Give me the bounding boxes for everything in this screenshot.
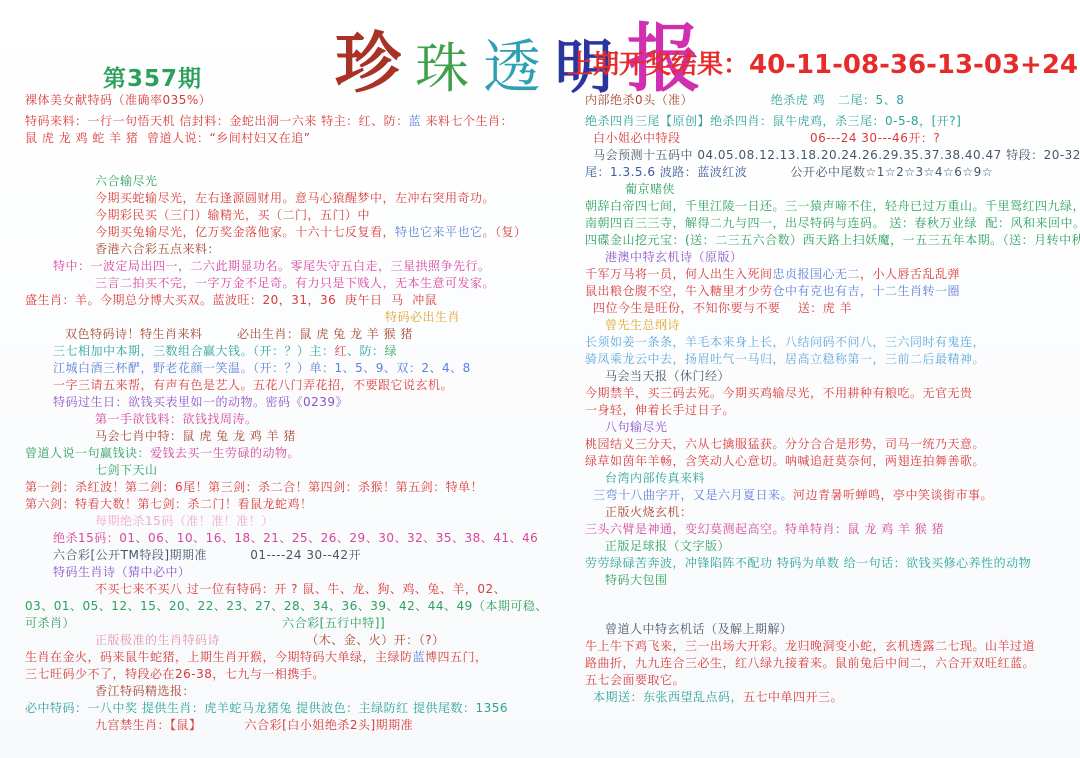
text-line: 每期绝杀15码（准！准！准！） <box>25 513 585 530</box>
text-line: 路曲折，九九连合三必生，红八绿九接着来。鼠前兔后中间二，六合开双旺红蓝。 <box>585 655 1080 672</box>
section-header: 台湾内部传真来料 <box>585 470 1080 487</box>
text-line: 四碟金山挖元宝：(送：二三五六合数）西天路上扫妖魔，一五三五年本期。（送：月转中… <box>585 232 1080 249</box>
section-header: 正版足球报（文字版） <box>585 538 1080 555</box>
section-header: 双色特码诗！特生肖来料 必出生肖：鼠 虎 兔 龙 羊 猴 猪 <box>25 326 585 343</box>
text-line: 绿草如茵年羊畅，含笑动人心意切。呐喊追赶莫奈何，两翅连拍舞善歌。 <box>585 453 1080 470</box>
text-line: 今期禁羊，买三码去死。今期买鸡输尽光，不用耕种有粮吃。无官无贵 <box>585 385 1080 402</box>
text-line: 江城白酒三杯酽，野老花颜一笑温。（开：？）单：1、5、9、双：2、4、8 <box>25 360 585 377</box>
text-line: 曾道人说一句赢钱诀：爱钱去买一生劳碌的动物。 <box>25 445 585 462</box>
section-header: 香江特码精选报： <box>25 683 585 700</box>
section-header: 正版火烧玄机： <box>585 504 1080 521</box>
section-header: 特码必出生肖 <box>25 309 585 326</box>
text-line: 03、01、05、12、15、20、22、23、27、28、34、36、39、4… <box>25 598 585 615</box>
text-line: 第六剑：特看大数！第七剑：杀二门！看鼠龙蛇鸡！ <box>25 496 585 513</box>
section-header: 六合输尽光 <box>25 173 585 190</box>
section-header: 曾先生总纲诗 <box>585 317 1080 334</box>
text-line: 必中特码：一八中奖 提供生肖：虎羊蛇马龙猪兔 提供波色：主绿防红 提供尾数：13… <box>25 700 585 717</box>
text-line: 鼠 虎 龙 鸡 蛇 羊 猪 曾道人说：“乡间村妇又在追” <box>25 130 585 147</box>
text-line: 马会七肖中特：鼠 虎 兔 龙 鸡 羊 猪 <box>25 428 585 445</box>
title-char: 透 <box>483 38 541 96</box>
section-header: 港澳中特玄机诗（原版） <box>585 249 1080 266</box>
text-line: 骑凤乘龙云中去，扬眉吐气一马归，居高立稳称第一，三前二后最精神。 <box>585 351 1080 368</box>
text-line: 白小姐必中特段 06---24 30---46开：? <box>585 130 1080 147</box>
text-line: 内部绝杀0头（准） 绝杀虎 鸡 二尾：5、8 <box>585 92 1080 109</box>
text-line: 鼠出粮仓腹不空，牛入糖里才少劳仓中有克也有吉，十二生肖转一圈 <box>585 283 1080 300</box>
text-line: 第一剑：杀红波！第二剑：6尾！第三剑：杀二合！第四剑：杀猴！第五剑：特单！ <box>25 479 585 496</box>
text-line: 第一手欲钱料：欲钱找周涛。 <box>25 411 585 428</box>
text-line: 马会预测十五码中 04.05.08.12.13.18.20.24.26.29.3… <box>585 147 1080 164</box>
text-line: 今期买兔输尽光，亿万奖金落他家。十六十七反复看，特也它来平也它。（复） <box>25 224 585 241</box>
text-line: 六合彩[公开TM特段]期期准 01----24 30--42开 <box>25 547 585 564</box>
text-line: 一身轻，伸着长手过日子。 <box>585 402 1080 419</box>
left-column: 裸体美女献特码（准确率035%）特码来料：一行一句悟天机 信封料：金蛇出洞一六来… <box>25 92 585 734</box>
section-header: 香港六合彩五点来料： <box>25 241 585 258</box>
text-line: 四位今生是旺份，不知你要与不要 送：虎 羊 <box>585 300 1080 317</box>
text-line: 桃园结义三分天，六从七擒服猛获。分分合合是形势，司马一统乃天意。 <box>585 436 1080 453</box>
text-line: 本期送：东张西望乱点码，五七中单四开三。 <box>585 689 1080 706</box>
text-line: 特码来料：一行一句悟天机 信封料：金蛇出洞一六来 特主：红、防：蓝 来料七个生肖… <box>25 113 585 130</box>
section-header: 葡京赌侠 <box>585 181 1080 198</box>
section-header: 马会当天报（休门经） <box>585 368 1080 385</box>
text-line: 可杀肖） 六合彩[五行中特]] <box>25 615 585 632</box>
text-line: 今期买蛇输尽光，左右逢源圆财用。意马心猿醒梦中，左冲右突用奇功。 <box>25 190 585 207</box>
text-line: 三七旺码少不了，特段必在26-38，七九与一相携手。 <box>25 666 585 683</box>
text-line: 特中：一波定局出四一，二六此期显功名。零尾失守五白走，三星拱照争先行。 <box>25 258 585 275</box>
text-line: 绝杀15码：01、06、10、16、18、21、25、26、29、30、32、3… <box>25 530 585 547</box>
section-header: 裸体美女献特码（准确率035%） <box>25 92 585 109</box>
text-line: 牛上牛下鸡飞来，三一出场大开彩。龙归晚洞变小蛇，玄机透露二七现。山羊过道 <box>585 638 1080 655</box>
text-line: 今期彩民买（三门）输精光，买（二门，五门）中 <box>25 207 585 224</box>
text-line: 三头六臂是神通，变幻莫测起高空。特单特肖：鼠 龙 鸡 羊 猴 猪 <box>585 521 1080 538</box>
text-line: 劳劳绿碌苦奔波，冲锋陷阵不配功 特码为单数 给一句话：欲钱买修心养性的动物 <box>585 555 1080 572</box>
last-draw-result: 上期开奖结果：40-11-08-36-13-03+24 <box>567 44 1078 81</box>
text-line: 九宫禁生肖：【鼠】 六合彩[白小姐绝杀2头]期期准 <box>25 717 585 734</box>
text-line: 朝辞白帝四七间，千里江陵一日还。三一猿声啼不住，轻舟已过万重山。千里鸳红四九绿， <box>585 198 1080 215</box>
text-line: 长须如姜一条条，羊毛本来身上长，八结问码不问八，三六同时有鬼连， <box>585 334 1080 351</box>
right-column: 内部绝杀0头（准） 绝杀虎 鸡 二尾：5、8绝杀四肖三尾【原创】绝杀四肖：鼠牛虎… <box>585 92 1080 706</box>
text-line: 特码生肖诗（猜中必中） <box>25 564 585 581</box>
text-line: 绝杀四肖三尾【原创】绝杀四肖：鼠牛虎鸡，杀三尾：0-5-8，[开?] <box>585 113 1080 130</box>
title-char: 珍 <box>335 30 401 96</box>
text-line: 三七相加中本期，三数组合赢大钱。（开：？）主：红、防：绿 <box>25 343 585 360</box>
section-header: 八句输尽光 <box>585 419 1080 436</box>
text-line: 五七会面要取它。 <box>585 672 1080 689</box>
text-line: 一字三请五来帮，有声有色是艺人。五花八门弄花招，不要跟它说玄机。 <box>25 377 585 394</box>
issue-number: 第357期 <box>103 60 202 93</box>
text-line: 三言二拍买不完，一字万金不足奇。有力只是下贱人，无本生意可发家。 <box>25 275 585 292</box>
text-line: 南朝四百三三寺，解得二九与四一，出尽特码与连码。 送：春秋万业绿 配：风和来回中… <box>585 215 1080 232</box>
text-line: 尾：1.3.5.6 波路：蓝波红波 公开必中尾数☆1☆2☆3☆4☆6☆9☆ <box>585 164 1080 181</box>
section-header: 七剑下天山 <box>25 462 585 479</box>
text-line: 正版极准的生肖特码诗 （木、金、火）开：（?） <box>25 632 585 649</box>
section-header: 特码大包围 <box>585 572 1080 589</box>
text-line: 特码过生日：欲钱买表里如一的动物。密码《0239》 <box>25 394 585 411</box>
text-line: 不买七来不买八 过一位有特码：开 ? 鼠、牛、龙、狗、鸡、兔、羊，02、 <box>25 581 585 598</box>
title-char: 珠 <box>415 42 469 96</box>
section-header: 曾道人中特玄机话（及解上期解） <box>585 621 1080 638</box>
text-line: 三弯十八曲字开，又是六月夏日来。河边青暑听蝉鸣，亭中笑谈街市事。 <box>585 487 1080 504</box>
text-line: 盛生肖：羊。今期总分博大买双。蓝波旺：20，31，36 庚午日 马 冲鼠 <box>25 292 585 309</box>
text-line: 千军万马将一员，何人出生入死间忠贞报国心无二，小人唇舌乱乱弹 <box>585 266 1080 283</box>
text-line: 生肖在金火，码来鼠牛蛇猪，上期生肖开猴，今期特码大单绿，主绿防蓝博四五门， <box>25 649 585 666</box>
